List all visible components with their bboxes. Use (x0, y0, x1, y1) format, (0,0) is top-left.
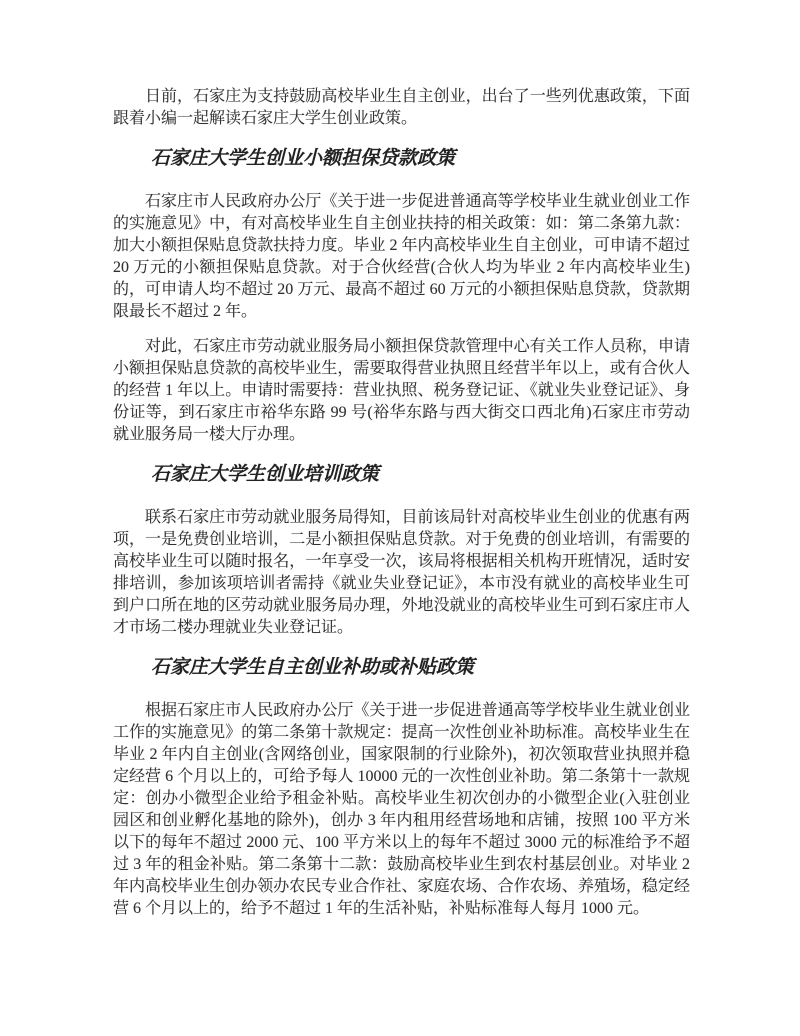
section-heading: 石家庄大学生创业培训政策 (113, 462, 690, 488)
body-paragraph: 对此，石家庄市劳动就业服务局小额担保贷款管理中心有关工作人员称，申请小额担保贴息… (113, 336, 690, 446)
section-heading: 石家庄大学生自主创业补助或补贴政策 (113, 655, 690, 681)
body-paragraph: 联系石家庄市劳动就业服务局得知，目前该局针对高校毕业生创业的优惠有两项，一是免费… (113, 507, 690, 639)
document-sections: 石家庄大学生创业小额担保贷款政策石家庄市人民政府办公厅《关于进一步促进普通高等学… (113, 146, 690, 920)
intro-paragraph: 日前，石家庄为支持鼓励高校毕业生自主创业，出台了一些列优惠政策，下面跟着小编一起… (113, 86, 690, 130)
body-paragraph: 石家庄市人民政府办公厅《关于进一步促进普通高等学校毕业生就业创业工作的实施意见》… (113, 191, 690, 323)
document-page: 日前，石家庄为支持鼓励高校毕业生自主创业，出台了一些列优惠政策，下面跟着小编一起… (0, 0, 800, 1036)
body-paragraph: 根据石家庄市人民政府办公厅《关于进一步促进普通高等学校毕业生就业创业工作的实施意… (113, 700, 690, 920)
section-heading: 石家庄大学生创业小额担保贷款政策 (113, 146, 690, 172)
